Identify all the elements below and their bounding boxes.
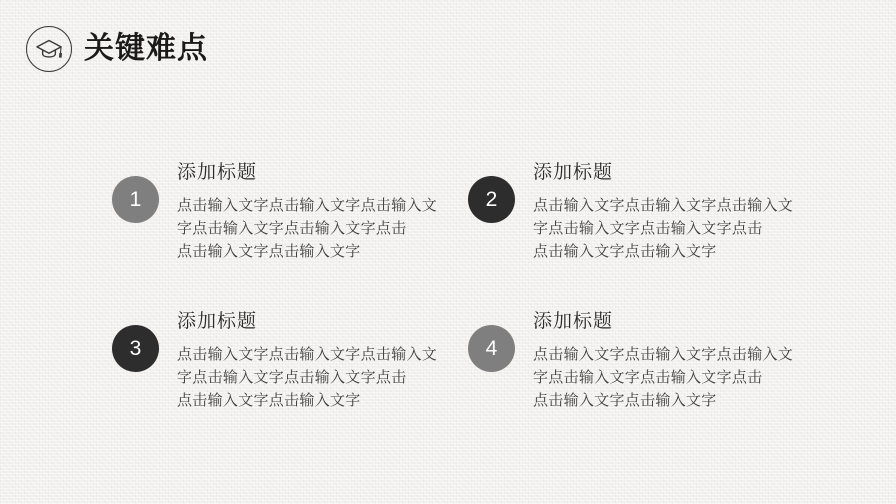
item-text-block: 添加标题 点击输入文字点击输入文字点击输入文 字点击输入文字点击输入文字点击 点…	[177, 309, 449, 412]
number-badge-1: 1	[112, 176, 159, 223]
graduation-cap-icon	[26, 26, 72, 72]
slide: 关键难点 1 添加标题 点击输入文字点击输入文字点击输入文 字点击输入文字点击输…	[0, 0, 896, 504]
list-item-2: 2 添加标题 点击输入文字点击输入文字点击输入文 字点击输入文字点击输入文字点击…	[468, 160, 805, 263]
item-body-placeholder[interactable]: 点击输入文字点击输入文字点击输入文 字点击输入文字点击输入文字点击 点击输入文字…	[177, 343, 449, 412]
item-title-placeholder[interactable]: 添加标题	[533, 309, 805, 335]
item-text-block: 添加标题 点击输入文字点击输入文字点击输入文 字点击输入文字点击输入文字点击 点…	[533, 309, 805, 412]
item-text-block: 添加标题 点击输入文字点击输入文字点击输入文 字点击输入文字点击输入文字点击 点…	[177, 160, 449, 263]
item-body-placeholder[interactable]: 点击输入文字点击输入文字点击输入文 字点击输入文字点击输入文字点击 点击输入文字…	[533, 343, 805, 412]
item-title-placeholder[interactable]: 添加标题	[177, 160, 449, 186]
item-body-placeholder[interactable]: 点击输入文字点击输入文字点击输入文 字点击输入文字点击输入文字点击 点击输入文字…	[533, 194, 805, 263]
page-title: 关键难点	[84, 26, 208, 72]
list-item-4: 4 添加标题 点击输入文字点击输入文字点击输入文 字点击输入文字点击输入文字点击…	[468, 309, 805, 412]
item-text-block: 添加标题 点击输入文字点击输入文字点击输入文 字点击输入文字点击输入文字点击 点…	[533, 160, 805, 263]
slide-header: 关键难点	[26, 26, 208, 72]
number-badge-3: 3	[112, 325, 159, 372]
item-title-placeholder[interactable]: 添加标题	[533, 160, 805, 186]
list-item-3: 3 添加标题 点击输入文字点击输入文字点击输入文 字点击输入文字点击输入文字点击…	[112, 309, 449, 412]
number-badge-2: 2	[468, 176, 515, 223]
number-badge-4: 4	[468, 325, 515, 372]
item-title-placeholder[interactable]: 添加标题	[177, 309, 449, 335]
item-body-placeholder[interactable]: 点击输入文字点击输入文字点击输入文 字点击输入文字点击输入文字点击 点击输入文字…	[177, 194, 449, 263]
list-item-1: 1 添加标题 点击输入文字点击输入文字点击输入文 字点击输入文字点击输入文字点击…	[112, 160, 449, 263]
